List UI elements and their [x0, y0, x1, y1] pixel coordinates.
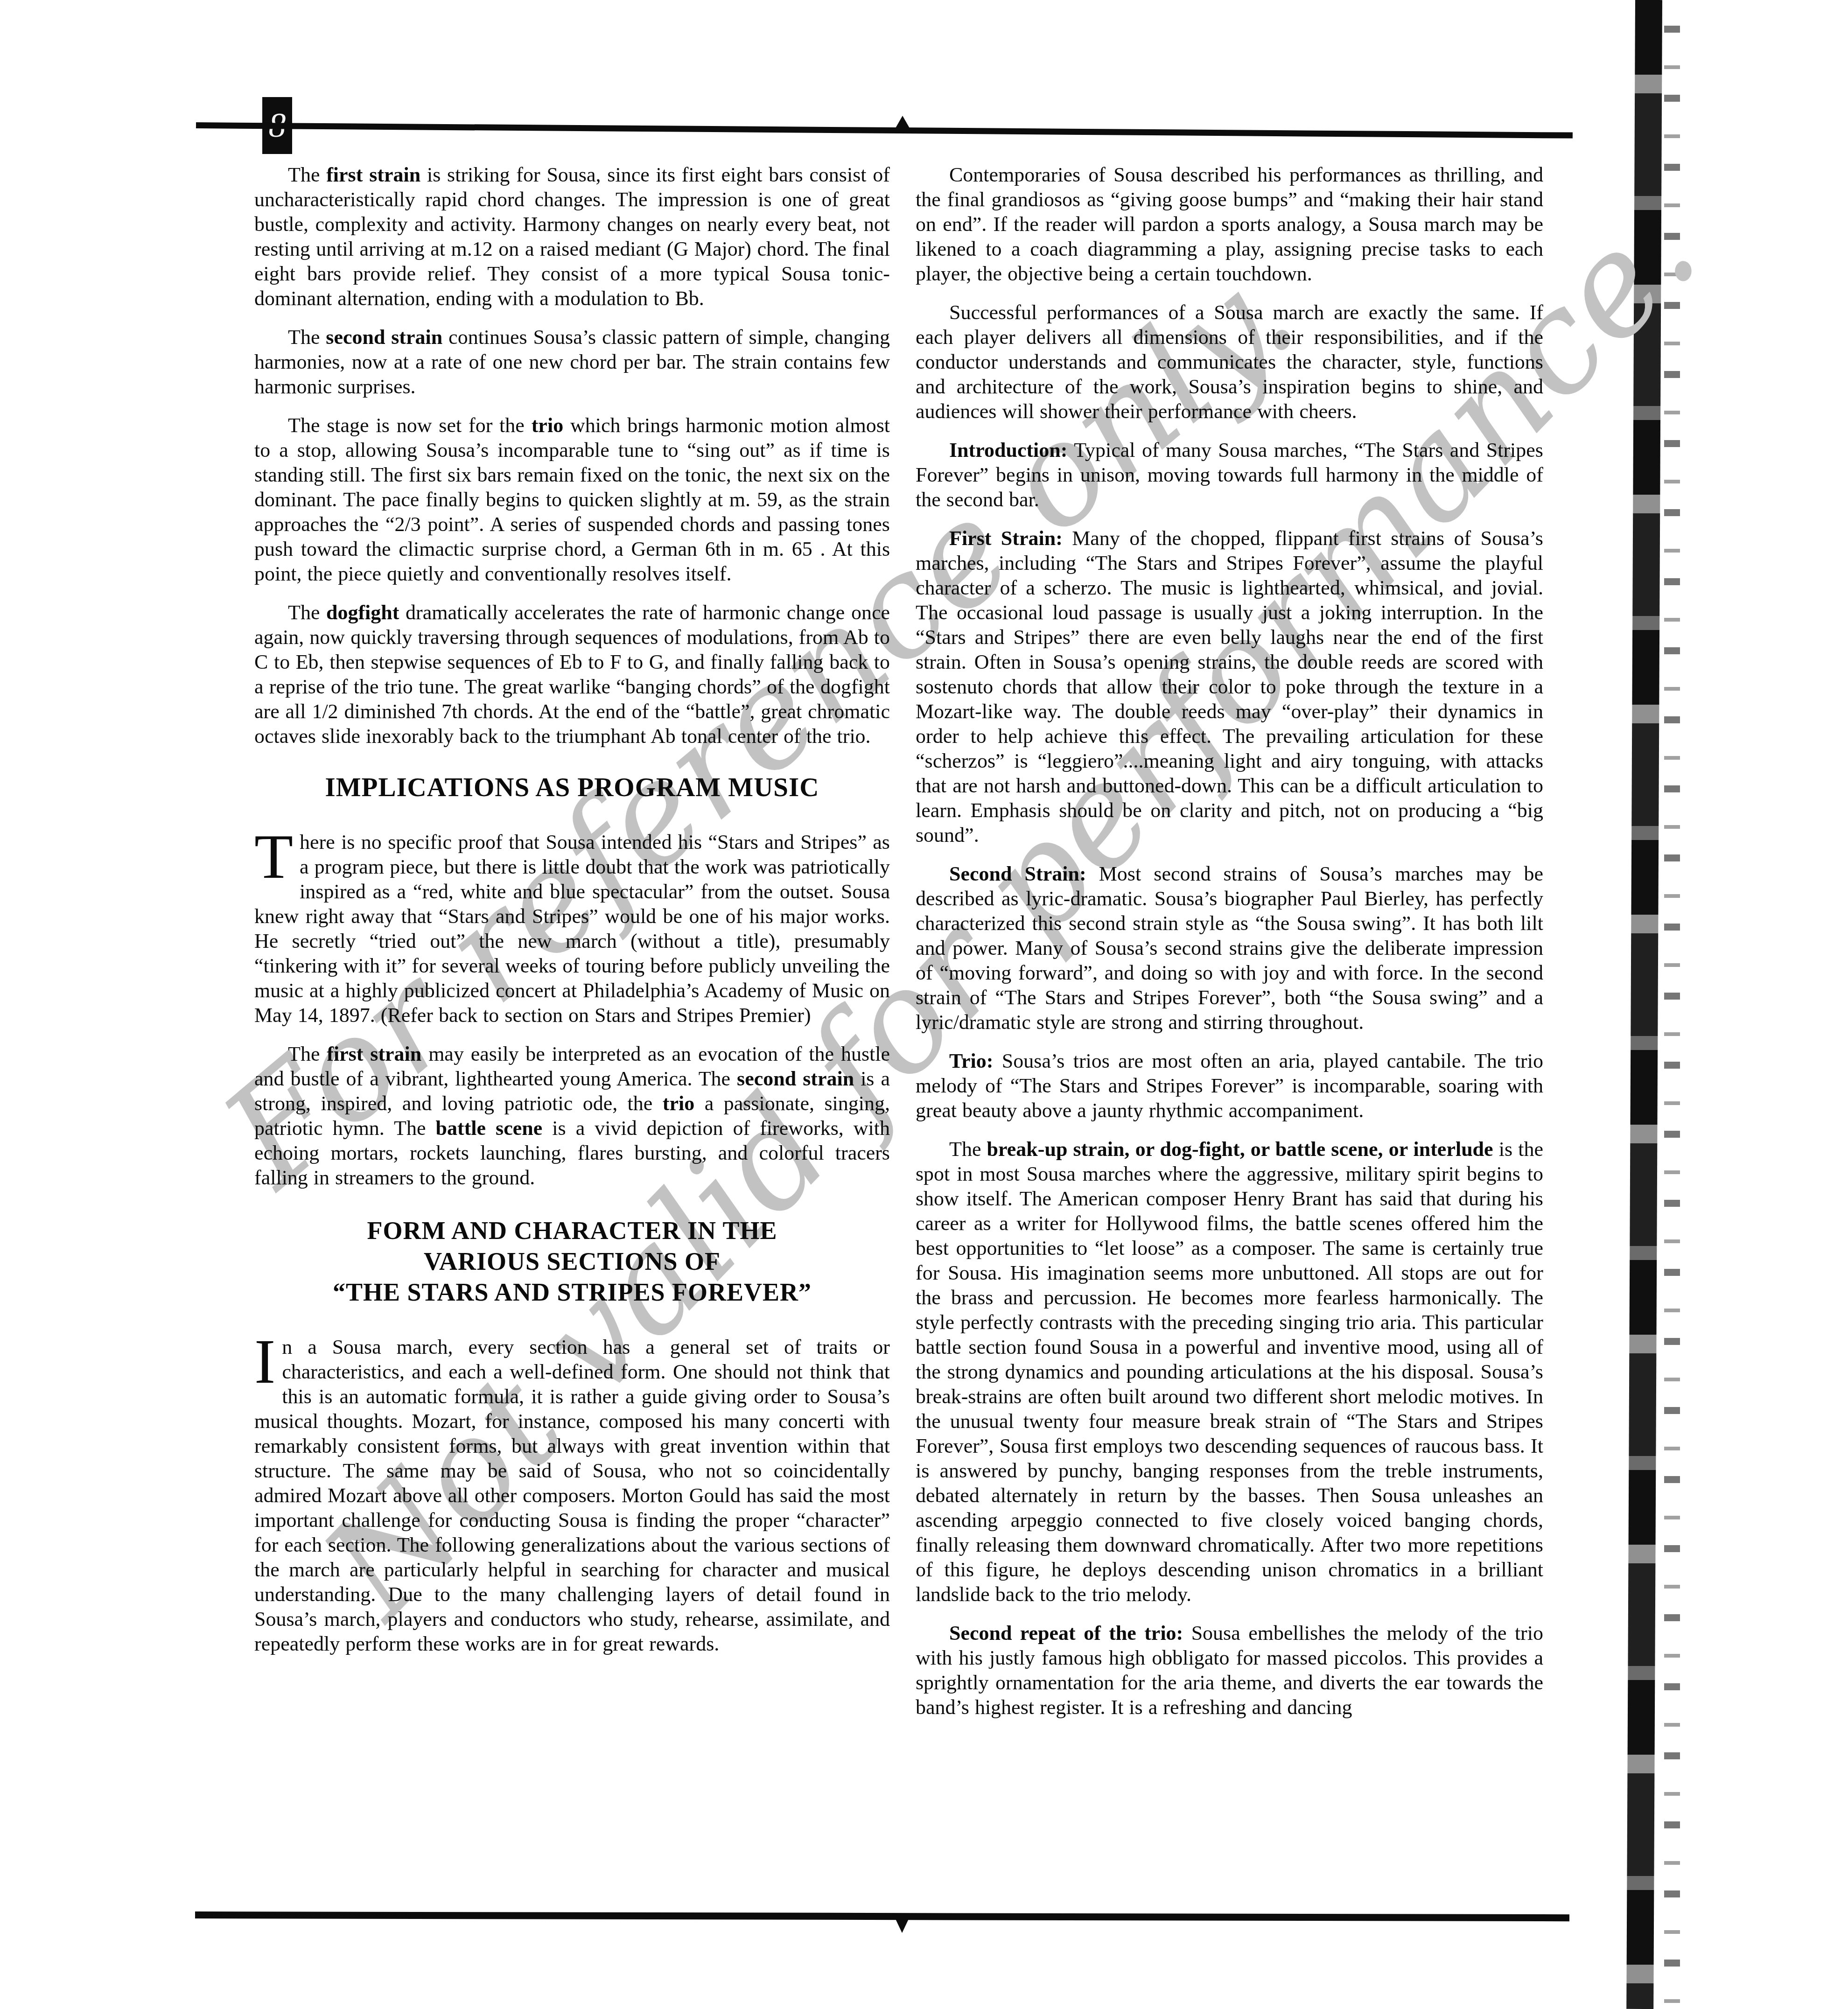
dropcap-T: T: [254, 833, 293, 881]
paragraph-introduction: Introduction: Typical of many Sousa marc…: [916, 438, 1543, 512]
paragraph-successful-performances: Successful performances of a Sousa march…: [916, 300, 1543, 424]
heading-form-line-2: VARIOUS SECTIONS OF: [254, 1246, 890, 1277]
left-column: The first strain is striking for Sousa, …: [254, 162, 890, 1670]
paragraph-dogfight-analysis: The dogfight dramatically accelerates th…: [254, 600, 890, 749]
paragraph-second-repeat-of-trio: Second repeat of the trio: Sousa embelli…: [916, 1621, 1543, 1720]
bottom-center-registration-mark: [894, 1916, 910, 1933]
bottom-rule: [195, 1911, 1569, 1921]
top-rule: [196, 122, 1573, 139]
paragraph-program-music-text: here is no specific proof that Sousa int…: [254, 831, 890, 1027]
paragraph-trio-analysis: The stage is now set for the trio which …: [254, 413, 890, 586]
heading-form-line-3: “THE STARS AND STRIPES FOREVER”: [254, 1277, 890, 1308]
scanned-document-page: 8 For reference only. Not valid for perf…: [0, 0, 1848, 2009]
paragraph-first-strain: First Strain: Many of the chopped, flipp…: [916, 526, 1543, 847]
paragraph-sections-interpretation: The first strain may easily be interpret…: [254, 1042, 890, 1190]
paragraph-sousa-march-traits-text: n a Sousa march, every section has a gen…: [254, 1336, 890, 1655]
paragraph-program-music: T here is no specific proof that Sousa i…: [254, 830, 890, 1028]
heading-form-line-1: FORM AND CHARACTER IN THE: [254, 1215, 890, 1246]
heading-implications-as-program-music: IMPLICATIONS AS PROGRAM MUSIC: [254, 773, 890, 803]
heading-form-and-character: FORM AND CHARACTER IN THE VARIOUS SECTIO…: [254, 1215, 890, 1308]
dropcap-I: I: [254, 1337, 275, 1386]
paragraph-break-up-strain: The break-up strain, or dog-fight, or ba…: [916, 1137, 1543, 1607]
paragraph-second-strain-analysis: The second strain continues Sousa’s clas…: [254, 325, 890, 399]
right-column: Contemporaries of Sousa described his pe…: [916, 162, 1543, 1734]
top-center-registration-mark: [895, 116, 910, 129]
paragraph-second-strain: Second Strain: Most second strains of So…: [916, 861, 1543, 1035]
paragraph-sousa-march-traits: I n a Sousa march, every section has a g…: [254, 1335, 890, 1656]
paragraph-first-strain-analysis: The first strain is striking for Sousa, …: [254, 162, 890, 311]
paragraph-contemporaries: Contemporaries of Sousa described his pe…: [916, 162, 1543, 286]
paragraph-trio: Trio: Sousa’s trios are most often an ar…: [916, 1049, 1543, 1123]
